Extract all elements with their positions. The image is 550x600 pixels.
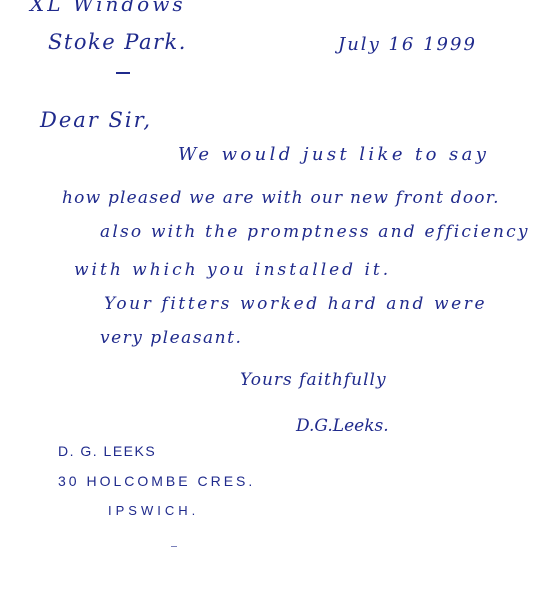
body-line-2: how pleased we are with our new front do…	[62, 190, 500, 207]
letter-date: July 16 1999	[338, 36, 477, 54]
sender-address-line-1: 30 Holcombe Cres.	[58, 474, 255, 488]
body-line-5: Your fitters worked hard and were	[104, 296, 487, 313]
signature: D.G.Leeks.	[296, 418, 389, 435]
recipient-line-1: XL Windows	[30, 0, 186, 14]
body-line-4: with which you installed it.	[74, 262, 391, 279]
body-line-3: also with the promptness and efficiency	[100, 224, 530, 241]
closing: Yours faithfully	[240, 372, 387, 389]
handwritten-letter: XL Windows Stoke Park. July 16 1999 Dear…	[0, 0, 550, 600]
sender-name: D. G. Leeks	[58, 444, 156, 458]
recipient-line-2: Stoke Park.	[48, 32, 187, 53]
sender-address-line-2: Ipswich.	[108, 504, 199, 517]
header-dash	[116, 72, 130, 74]
footer-dash	[171, 546, 177, 547]
body-line-1: We would just like to say	[178, 146, 489, 164]
body-line-6: very pleasant.	[100, 330, 242, 347]
salutation: Dear Sir,	[40, 110, 152, 131]
